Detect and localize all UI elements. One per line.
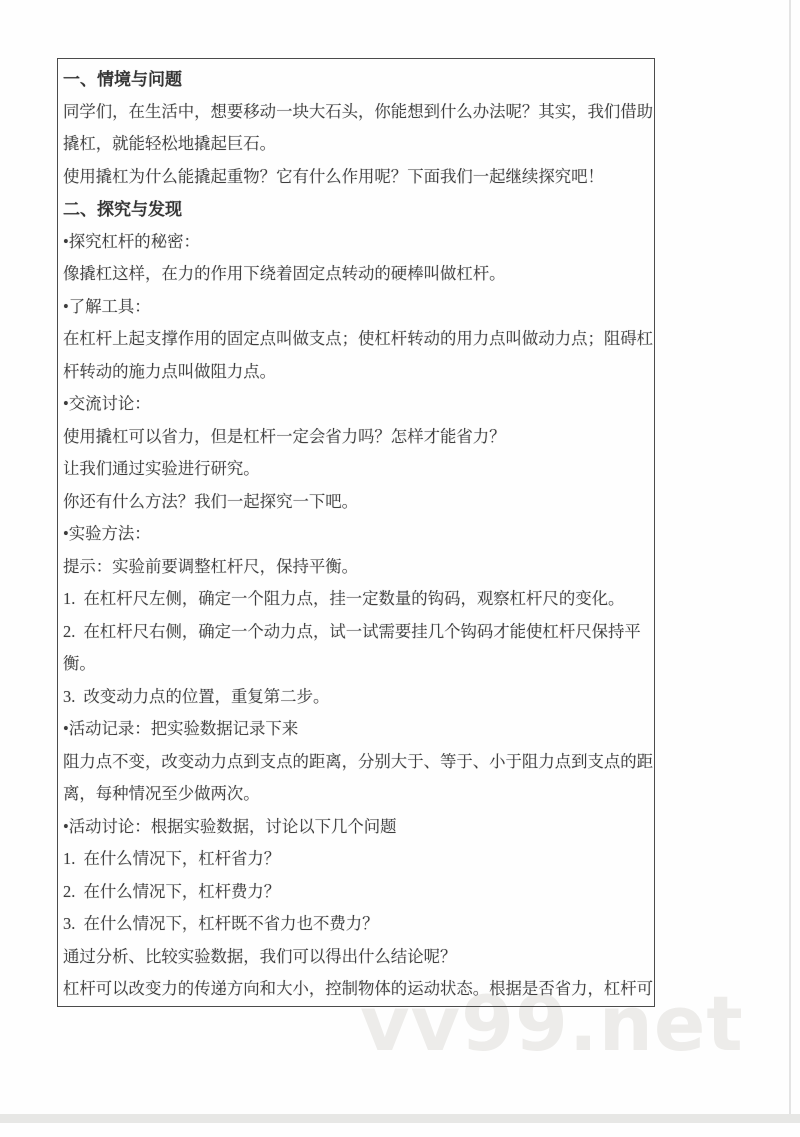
doc-line: 像撬杠这样，在力的作用下绕着固定点转动的硬棒叫做杠杆。 <box>63 256 654 289</box>
page-right-edge <box>789 0 791 1114</box>
page-bottom-band <box>0 1114 800 1123</box>
doc-line: 在杠杆上起支撑作用的固定点叫做支点；使杠杆转动的用力点叫做动力点；阻碍杠 <box>63 321 654 354</box>
doc-line: •活动讨论：根据实验数据，讨论以下几个问题 <box>63 809 654 842</box>
document-page: vv99.net 一、情境与问题 同学们，在生活中，想要移动一块大石头，你能想到… <box>0 0 800 1137</box>
doc-line: 2. 在什么情况下，杠杆费力？ <box>63 874 654 907</box>
doc-line: 使用撬杠为什么能撬起重物？它有什么作用呢？下面我们一起继续探究吧！ <box>63 159 654 192</box>
doc-line: 3. 在什么情况下，杠杆既不省力也不费力？ <box>63 906 654 939</box>
doc-line: 杠杆可以改变力的传递方向和大小，控制物体的运动状态。根据是否省力，杠杆可 <box>63 971 654 1004</box>
doc-line: 1. 在什么情况下，杠杆省力？ <box>63 841 654 874</box>
section-heading: 二、探究与发现 <box>63 191 654 224</box>
doc-line: 使用撬杠可以省力，但是杠杆一定会省力吗？怎样才能省力？ <box>63 419 654 452</box>
document-table: 一、情境与问题 同学们，在生活中，想要移动一块大石头，你能想到什么办法呢？其实，… <box>57 58 655 1007</box>
doc-line: 3. 改变动力点的位置，重复第二步。 <box>63 679 654 712</box>
doc-line: •探究杠杆的秘密： <box>63 224 654 257</box>
doc-line: 杆转动的施力点叫做阻力点。 <box>63 354 654 387</box>
section-heading: 一、情境与问题 <box>63 61 654 94</box>
doc-line: 你还有什么方法？我们一起探究一下吧。 <box>63 484 654 517</box>
doc-line: 提示：实验前要调整杠杆尺，保持平衡。 <box>63 549 654 582</box>
doc-line: •活动记录：把实验数据记录下来 <box>63 711 654 744</box>
doc-line: 离，每种情况至少做两次。 <box>63 776 654 809</box>
doc-line: 让我们通过实验进行研究。 <box>63 451 654 484</box>
doc-line: •了解工具： <box>63 289 654 322</box>
doc-line: 阻力点不变，改变动力点到支点的距离，分别大于、等于、小于阻力点到支点的距 <box>63 744 654 777</box>
doc-line: 撬杠，就能轻松地撬起巨石。 <box>63 126 654 159</box>
doc-line: •实验方法： <box>63 516 654 549</box>
doc-line: •交流讨论： <box>63 386 654 419</box>
doc-line: 衡。 <box>63 646 654 679</box>
doc-line: 1. 在杠杆尺左侧，确定一个阻力点，挂一定数量的钩码，观察杠杆尺的变化。 <box>63 581 654 614</box>
doc-line: 2. 在杠杆尺右侧，确定一个动力点，试一试需要挂几个钩码才能使杠杆尺保持平 <box>63 614 654 647</box>
doc-line: 通过分析、比较实验数据，我们可以得出什么结论呢？ <box>63 939 654 972</box>
doc-line: 同学们，在生活中，想要移动一块大石头，你能想到什么办法呢？其实，我们借助 <box>63 94 654 127</box>
